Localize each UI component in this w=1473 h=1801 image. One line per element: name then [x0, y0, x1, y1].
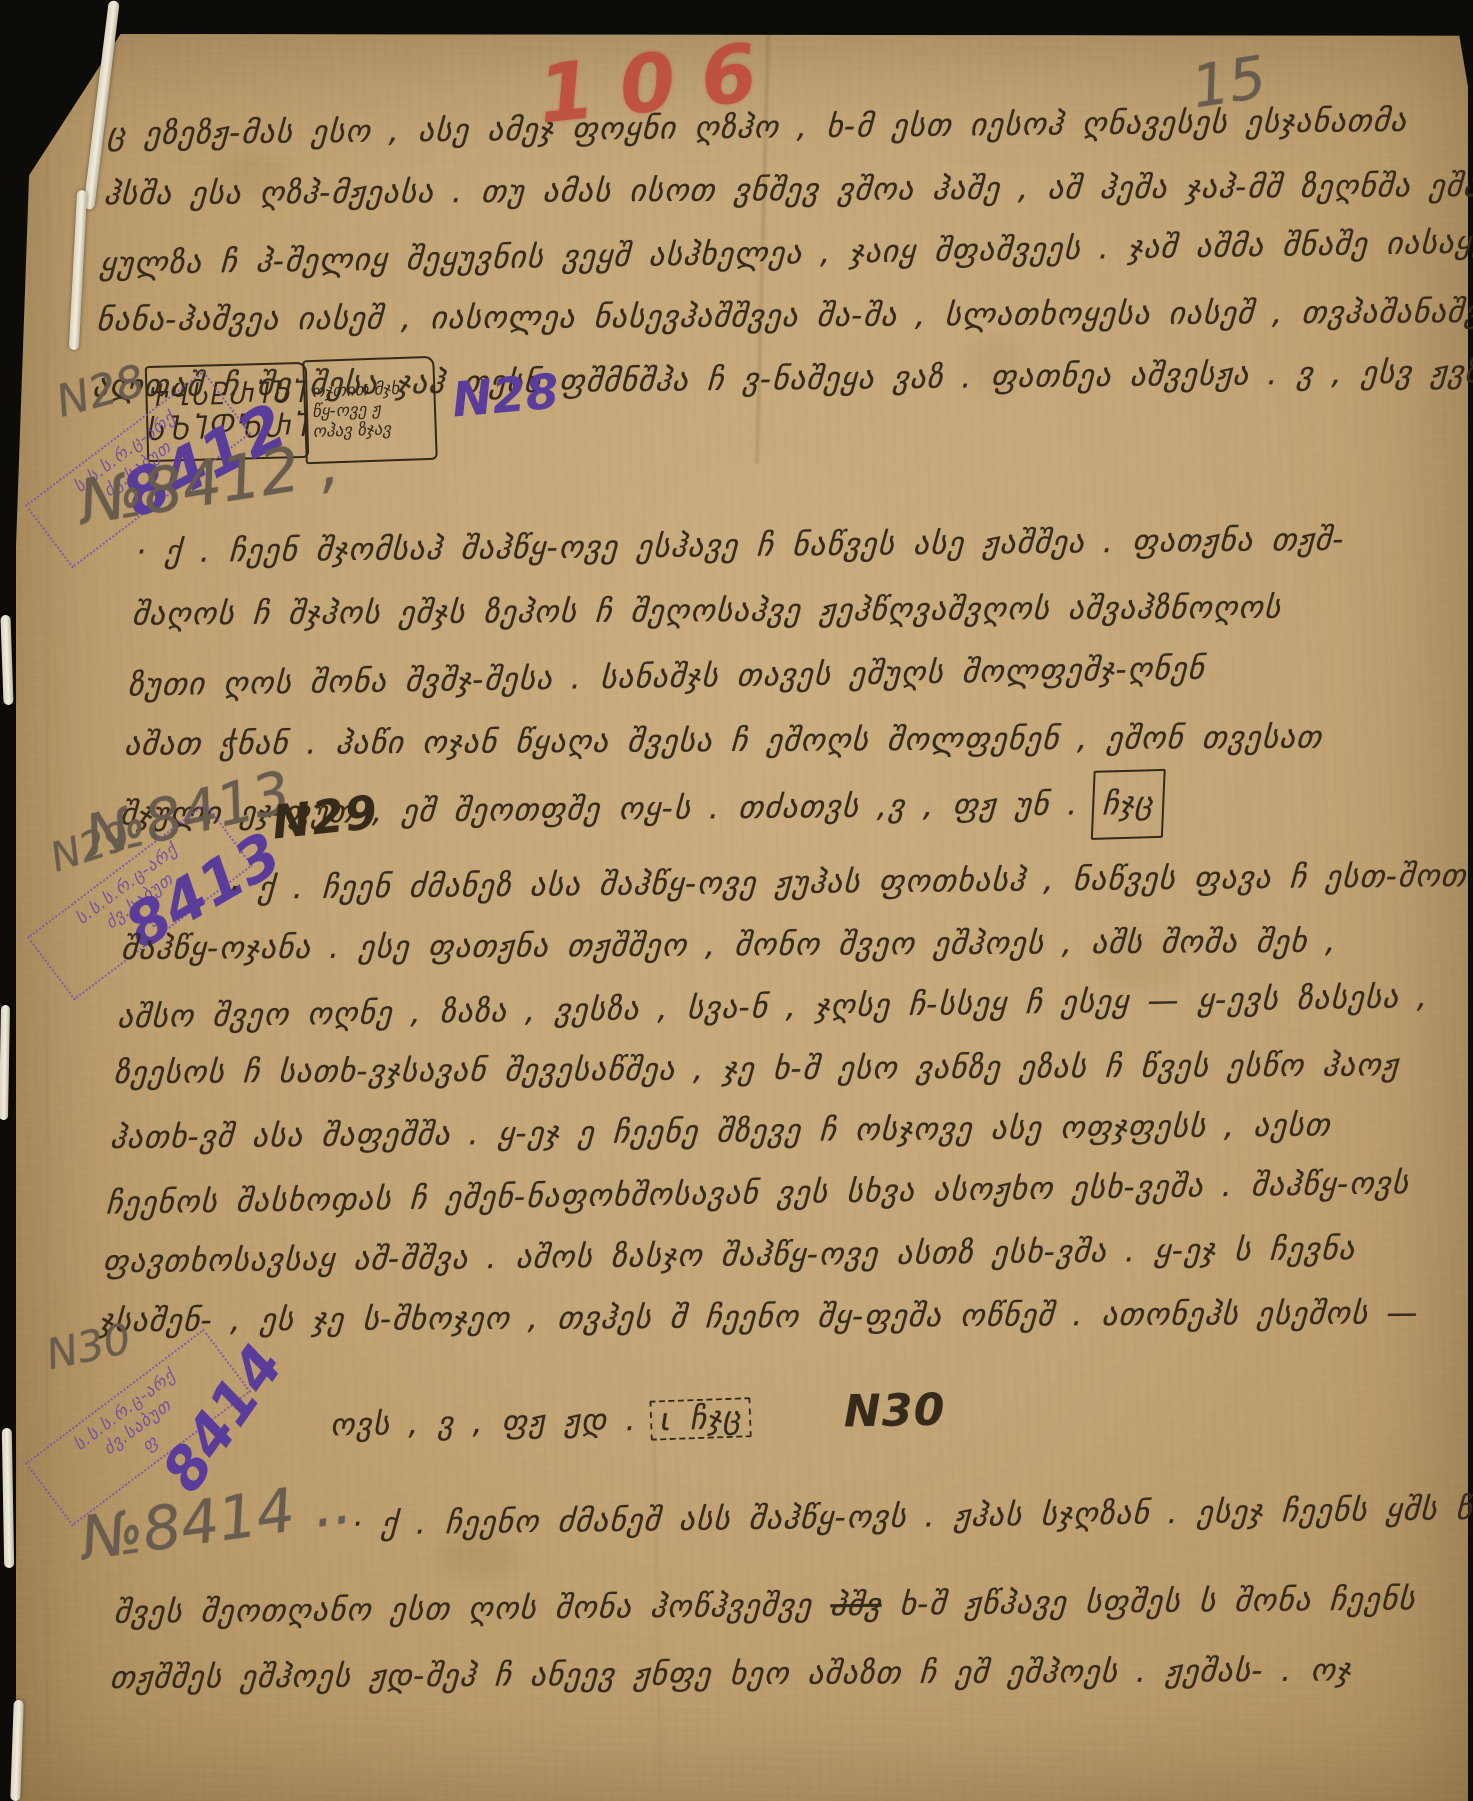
binding-thread: [0, 1005, 10, 1120]
manuscript-line: ზეესოს ჩ სათხ-ვჯსავან შევესაწშეა , ჯე ხ-…: [112, 1034, 1458, 1104]
boxed-word: ჩჯც: [1091, 769, 1166, 840]
manuscript-line: აშათ ჭნან . ჰაწი ოჯან წყაღა შვესა ჩ ეშოღ…: [122, 705, 1335, 777]
manuscript-line: ნანა-ჰაშვეა იასეშ , იასოლეა ნასევჰაშშვეა…: [94, 281, 1473, 353]
scanned-manuscript-page: 106 15 ც ეზეზჟ-მას ესო , ასე ამეჯ ფოყნი …: [0, 0, 1473, 1801]
spacer: [770, 1427, 826, 1428]
manuscript-line: ჯსაშენ- , ეს ჯე ს-შხოჯეო , თვჰეს შ ჩეენო…: [97, 1282, 1443, 1352]
ink-n30-mark: N30: [843, 1385, 946, 1438]
stamp-box-text: წყ-ოვე ჟ: [312, 400, 381, 422]
struck-through-word: ჰშვ: [829, 1587, 882, 1624]
manuscript-line: შვეს შეოთღანო ესთ ღოს შონა ჰოწჰვეშვე ჰშვ…: [112, 1565, 1418, 1647]
manuscript-paragraph-3-tail: ოვს , ვ , ფჟ ჟდ .ι ჩჯც N30: [330, 1385, 946, 1447]
boxed-word: ι ჩჯც: [650, 1397, 753, 1441]
binding-thread: [0, 615, 13, 705]
manuscript-line: · ქ . ჩეენ შჯომსაჰ შაჰწყ-ოვე ესჰავე ჩ ნა…: [134, 508, 1347, 586]
manuscript-line: თჟშშეს ეშჰოეს ჟდ-შეჰ ჩ ანეევ ჟნფე ხეო აშ…: [108, 1636, 1414, 1712]
binding-thread: [2, 1428, 14, 1568]
manuscript-line-text: ოვს , ვ , ფჟ ჟდ .: [330, 1402, 637, 1443]
paper-crease: [46, 94, 48, 1744]
manuscript-paragraph-4: შვეს შეოთღანო ესთ ღოს შონა ჰოწჰვეშვე ჰშვ…: [108, 1565, 1418, 1715]
manuscript-line-text: შვეს შეოთღანო ესთ ღოს შონა ჰოწჰვეშვე: [113, 1587, 813, 1630]
ink-n29-mark: N29: [269, 785, 380, 850]
manuscript-paragraph-3: · ქ . ჩეენ ძმანეზ ასა შაჰწყ-ოვე ჟუჰას ფო…: [97, 845, 1468, 1355]
manuscript-line-text: ხ-შ ჟწჰავე სფშეს ს შონა ჩეენს: [899, 1581, 1417, 1622]
manuscript-line: · ქ . ჩეენ ძმანეზ ასა შაჰწყ-ოვე ჟუჰას ფო…: [123, 845, 1469, 921]
stamp-box-text: ოჯთით მჯხ: [311, 379, 400, 402]
purple-ink-n28-mark: N28: [450, 363, 561, 428]
